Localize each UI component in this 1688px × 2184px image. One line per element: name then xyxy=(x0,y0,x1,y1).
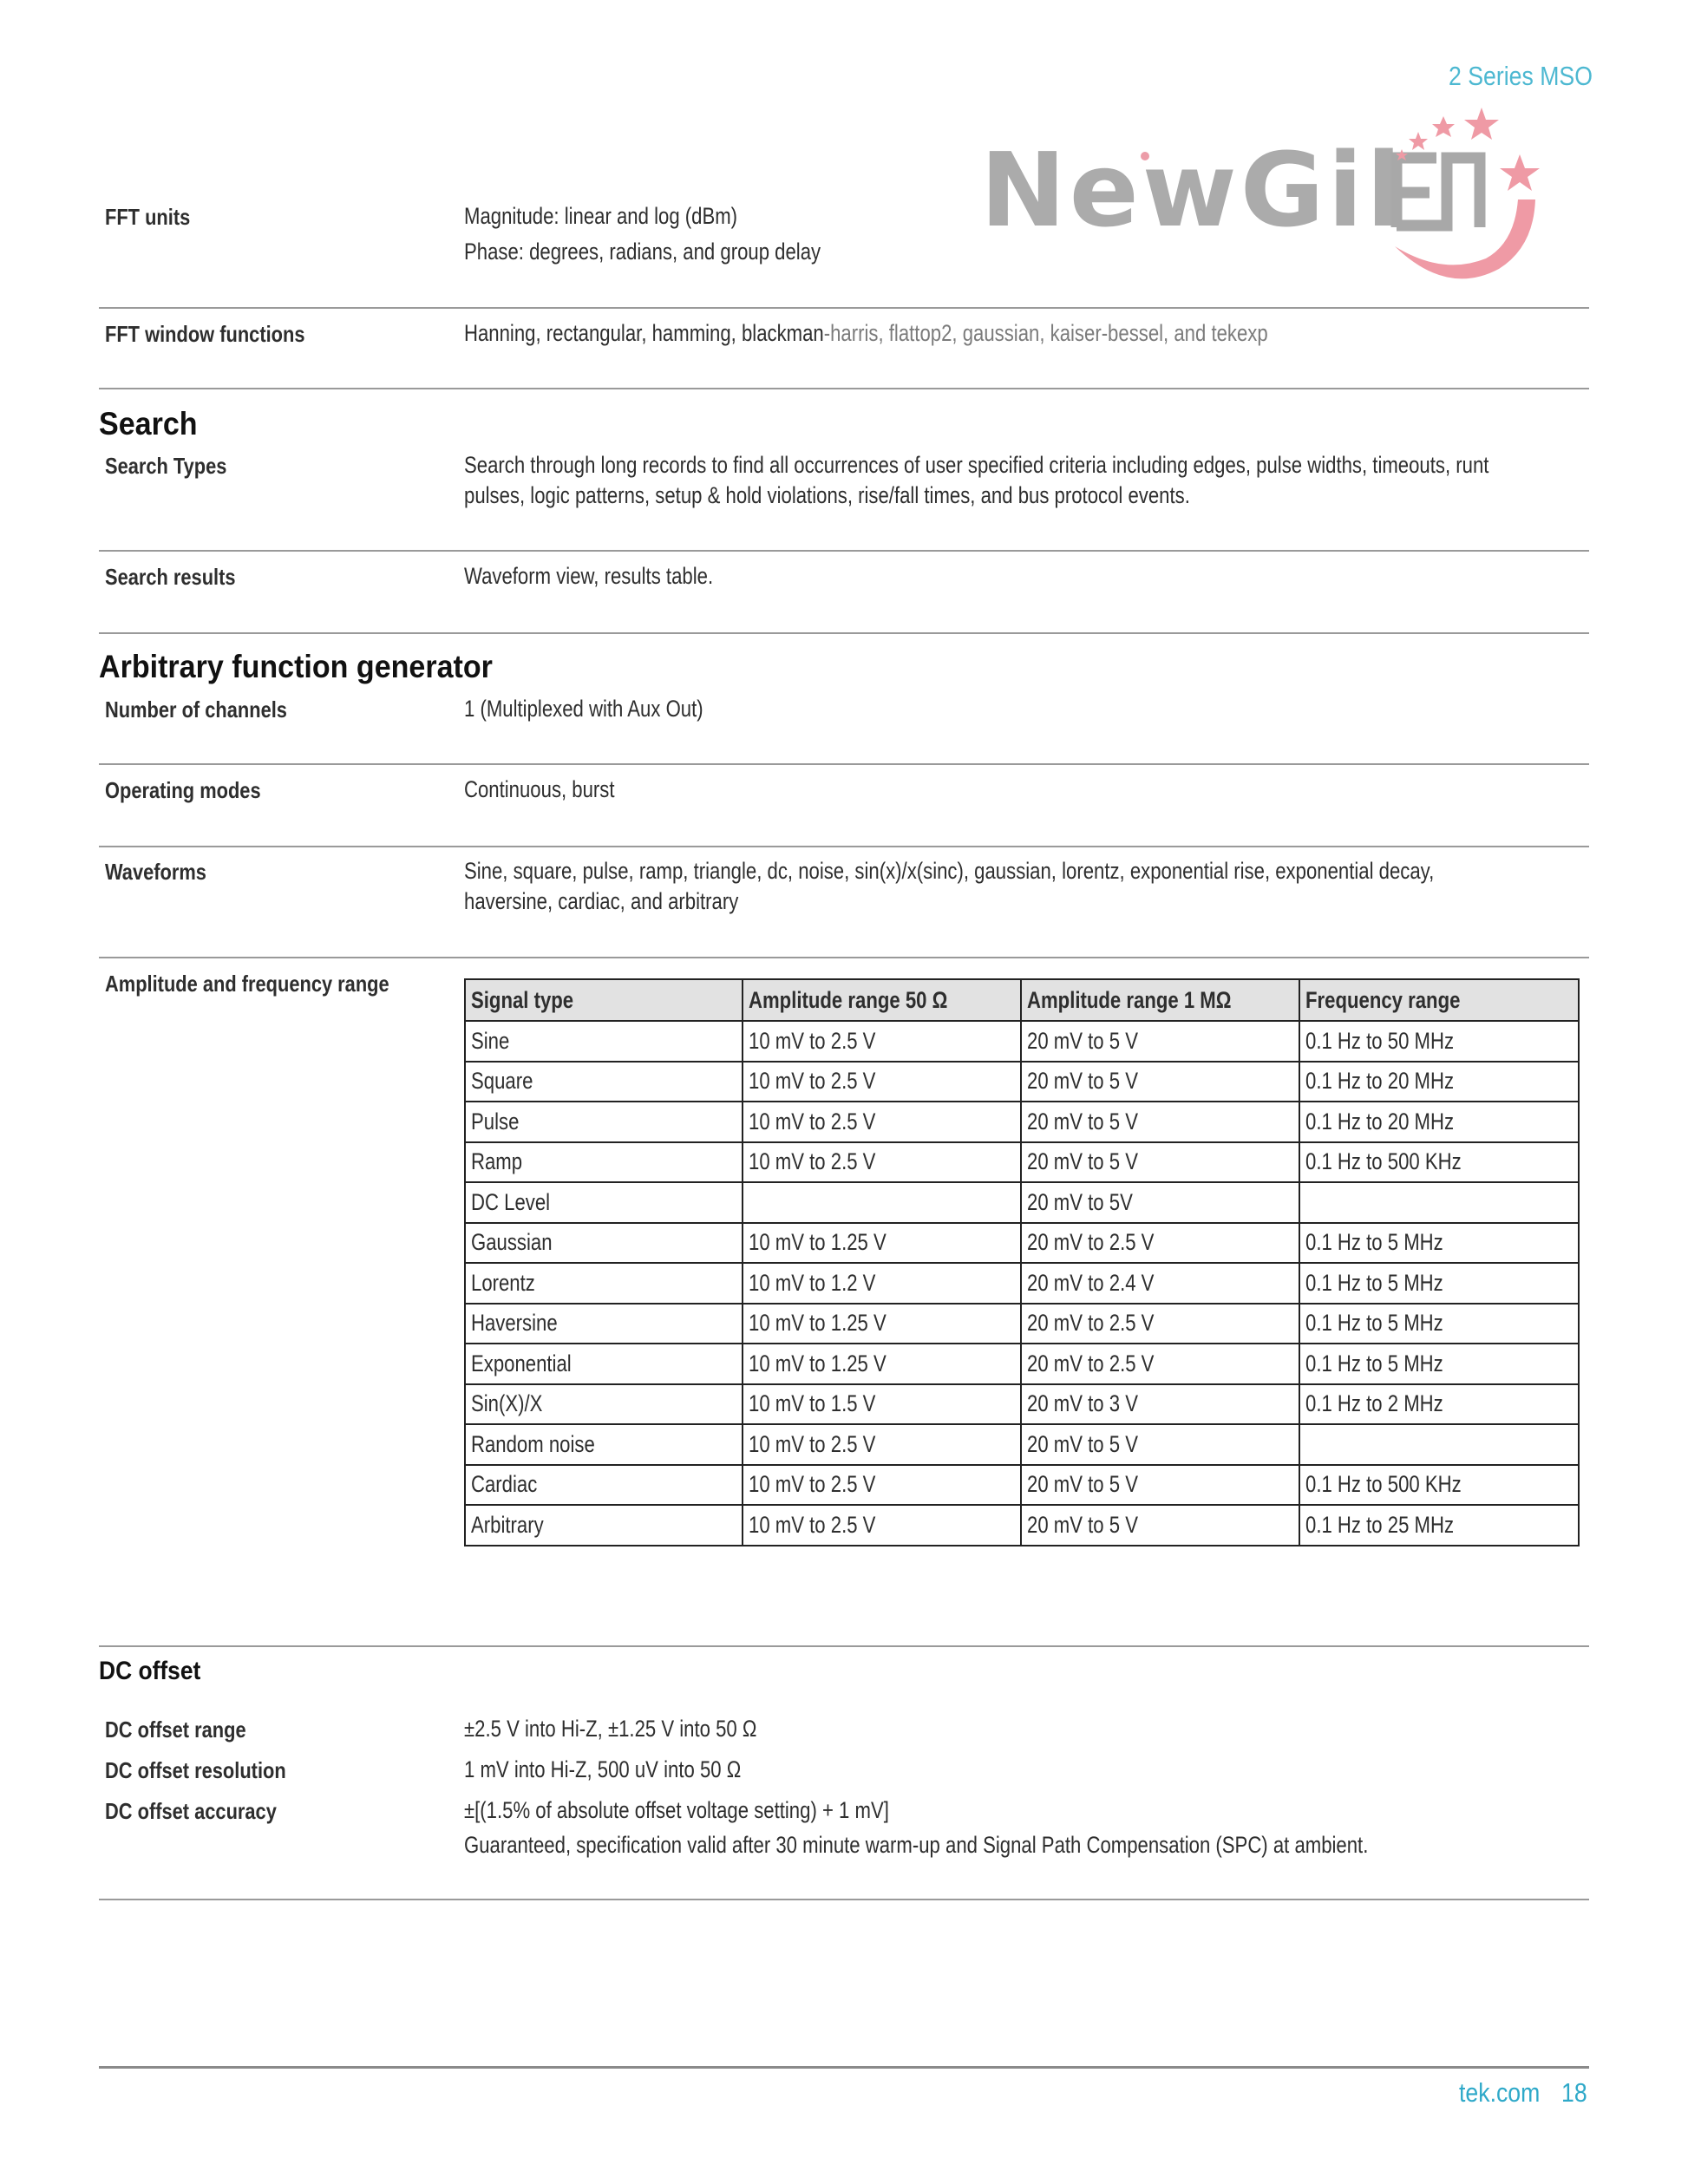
cell-text: Gaussian xyxy=(471,1229,553,1256)
cell-text: 10 mV to 1.25 V xyxy=(749,1310,887,1337)
table-cell: 20 mV to 2.5 V xyxy=(1021,1304,1299,1344)
cell-text: Exponential xyxy=(471,1350,572,1377)
table-cell: 20 mV to 5 V xyxy=(1021,1021,1299,1062)
dc-offset-accuracy-label: DC offset accuracy xyxy=(105,1798,277,1825)
table-cell: 20 mV to 5 V xyxy=(1021,1142,1299,1183)
watermark-logo-icon: NewGil xyxy=(978,95,1551,286)
table-cell: 10 mV to 2.5 V xyxy=(743,1021,1021,1062)
cell-text: Ramp xyxy=(471,1148,522,1175)
cell-text: 0.1 Hz to 2 MHz xyxy=(1305,1390,1443,1417)
column-header-label: Signal type xyxy=(471,987,573,1014)
cell-text: 10 mV to 2.5 V xyxy=(749,1471,875,1498)
section-heading-dc-offset: DC offset xyxy=(99,1657,200,1686)
footer-link[interactable]: tek.com xyxy=(1459,2077,1540,2109)
cell-text: 10 mV to 2.5 V xyxy=(749,1068,875,1095)
table-row: Random noise10 mV to 2.5 V20 mV to 5 V xyxy=(465,1424,1579,1465)
product-name: 2 Series MSO xyxy=(1449,61,1593,92)
table-row: Square10 mV to 2.5 V20 mV to 5 V0.1 Hz t… xyxy=(465,1062,1579,1102)
divider xyxy=(99,388,1589,389)
table-cell: DC Level xyxy=(465,1182,743,1223)
table-row: DC Level20 mV to 5V xyxy=(465,1182,1579,1223)
cell-text: 20 mV to 5 V xyxy=(1027,1431,1138,1458)
cell-text: Arbitrary xyxy=(471,1512,544,1539)
table-cell: 20 mV to 2.5 V xyxy=(1021,1344,1299,1384)
table-cell: 0.1 Hz to 20 MHz xyxy=(1299,1062,1579,1102)
fft-units-phase: Phase: degrees, radians, and group delay xyxy=(464,237,821,267)
cell-text: 10 mV to 1.5 V xyxy=(749,1390,875,1417)
table-cell: 20 mV to 5 V xyxy=(1021,1505,1299,1546)
divider xyxy=(99,846,1589,847)
cell-text: Sine xyxy=(471,1028,509,1055)
search-results-value: Waveform view, results table. xyxy=(464,561,713,592)
table-cell xyxy=(1299,1182,1579,1223)
table-cell: 10 mV to 1.5 V xyxy=(743,1384,1021,1425)
divider xyxy=(99,1645,1589,1647)
divider xyxy=(99,763,1589,765)
cell-text: 10 mV to 1.2 V xyxy=(749,1270,875,1297)
afg-modes-value: Continuous, burst xyxy=(464,775,615,805)
cell-text: 0.1 Hz to 5 MHz xyxy=(1305,1350,1443,1377)
table-cell xyxy=(743,1182,1021,1223)
afg-waveforms-value-line1: Sine, square, pulse, ramp, triangle, dc,… xyxy=(464,856,1434,886)
table-header-cell: Amplitude range 50 Ω xyxy=(743,979,1021,1021)
dc-offset-resolution-value: 1 mV into Hi-Z, 500 uV into 50 Ω xyxy=(464,1755,741,1785)
amplitude-frequency-table: Signal typeAmplitude range 50 ΩAmplitude… xyxy=(464,978,1580,1546)
column-header-label: Amplitude range 50 Ω xyxy=(749,987,947,1014)
cell-text: 10 mV to 1.25 V xyxy=(749,1229,887,1256)
cell-text: 20 mV to 5 V xyxy=(1027,1028,1138,1055)
cell-text: 10 mV to 2.5 V xyxy=(749,1028,875,1055)
table-cell: 0.1 Hz to 500 KHz xyxy=(1299,1142,1579,1183)
table-cell: 20 mV to 3 V xyxy=(1021,1384,1299,1425)
table-cell: 10 mV to 1.25 V xyxy=(743,1304,1021,1344)
cell-text: Sin(X)/X xyxy=(471,1390,542,1417)
table-cell: 0.1 Hz to 2 MHz xyxy=(1299,1384,1579,1425)
table-header-row: Signal typeAmplitude range 50 ΩAmplitude… xyxy=(465,979,1579,1021)
table-row: Exponential10 mV to 1.25 V20 mV to 2.5 V… xyxy=(465,1344,1579,1384)
table-cell: Square xyxy=(465,1062,743,1102)
afg-modes-label: Operating modes xyxy=(105,777,261,804)
table-cell: 0.1 Hz to 5 MHz xyxy=(1299,1304,1579,1344)
table-cell: 20 mV to 5 V xyxy=(1021,1465,1299,1506)
divider xyxy=(99,957,1589,958)
table-cell: 20 mV to 5 V xyxy=(1021,1424,1299,1465)
table-cell: 10 mV to 1.25 V xyxy=(743,1344,1021,1384)
cell-text: 20 mV to 5 V xyxy=(1027,1108,1138,1135)
cell-text: Haversine xyxy=(471,1310,558,1337)
table-cell: 0.1 Hz to 5 MHz xyxy=(1299,1263,1579,1304)
cell-text: 20 mV to 5 V xyxy=(1027,1471,1138,1498)
dc-offset-range-value: ±2.5 V into Hi-Z, ±1.25 V into 50 Ω xyxy=(464,1714,756,1744)
cell-text: 10 mV to 2.5 V xyxy=(749,1148,875,1175)
cell-text: 0.1 Hz to 20 MHz xyxy=(1305,1068,1454,1095)
search-results-label: Search results xyxy=(105,564,236,591)
fft-units-label: FFT units xyxy=(105,204,190,231)
table-row: Arbitrary10 mV to 2.5 V20 mV to 5 V0.1 H… xyxy=(465,1505,1579,1546)
cell-text: 10 mV to 2.5 V xyxy=(749,1108,875,1135)
table-cell: Sin(X)/X xyxy=(465,1384,743,1425)
cell-text: 0.1 Hz to 50 MHz xyxy=(1305,1028,1454,1055)
divider xyxy=(99,550,1589,552)
cell-text: 20 mV to 2.4 V xyxy=(1027,1270,1154,1297)
table-cell: 20 mV to 2.5 V xyxy=(1021,1223,1299,1264)
cell-text: Square xyxy=(471,1068,533,1095)
afg-channels-label: Number of channels xyxy=(105,696,287,723)
cell-text: 0.1 Hz to 500 KHz xyxy=(1305,1148,1462,1175)
table-cell: Ramp xyxy=(465,1142,743,1183)
fft-window-value-part1: Hanning, rectangular, hamming, blackman xyxy=(464,320,824,346)
cell-text: 10 mV to 2.5 V xyxy=(749,1431,875,1458)
table-cell: 0.1 Hz to 50 MHz xyxy=(1299,1021,1579,1062)
table-row: Sine10 mV to 2.5 V20 mV to 5 V0.1 Hz to … xyxy=(465,1021,1579,1062)
cell-text: 20 mV to 5 V xyxy=(1027,1512,1138,1539)
afg-waveforms-label: Waveforms xyxy=(105,859,206,886)
cell-text: 0.1 Hz to 5 MHz xyxy=(1305,1310,1443,1337)
table-cell: 10 mV to 2.5 V xyxy=(743,1465,1021,1506)
fft-window-value: Hanning, rectangular, hamming, blackman-… xyxy=(464,318,1268,349)
cell-text: 20 mV to 3 V xyxy=(1027,1390,1138,1417)
cell-text: 0.1 Hz to 20 MHz xyxy=(1305,1108,1454,1135)
table-cell: 10 mV to 2.5 V xyxy=(743,1505,1021,1546)
table-row: Sin(X)/X10 mV to 1.5 V20 mV to 3 V0.1 Hz… xyxy=(465,1384,1579,1425)
table-cell: 0.1 Hz to 20 MHz xyxy=(1299,1102,1579,1142)
divider xyxy=(99,1899,1589,1900)
fft-window-label: FFT window functions xyxy=(105,321,305,348)
search-types-value-line1: Search through long records to find all … xyxy=(464,450,1488,481)
table-row: Haversine10 mV to 1.25 V20 mV to 2.5 V0.… xyxy=(465,1304,1579,1344)
cell-text: Pulse xyxy=(471,1108,519,1135)
cell-text: Cardiac xyxy=(471,1471,537,1498)
table-row: Cardiac10 mV to 2.5 V20 mV to 5 V0.1 Hz … xyxy=(465,1465,1579,1506)
table-cell: Haversine xyxy=(465,1304,743,1344)
cell-text: 20 mV to 2.5 V xyxy=(1027,1310,1154,1337)
search-types-value-line2: pulses, logic patterns, setup & hold vio… xyxy=(464,481,1190,511)
table-cell: 20 mV to 5 V xyxy=(1021,1102,1299,1142)
afg-waveforms-value-line2: haversine, cardiac, and arbitrary xyxy=(464,886,738,917)
cell-text: 20 mV to 2.5 V xyxy=(1027,1350,1154,1377)
table-header-cell: Signal type xyxy=(465,979,743,1021)
fft-window-value-part2: -harris, flattop2, gaussian, kaiser-bess… xyxy=(824,320,1268,346)
table-cell: Lorentz xyxy=(465,1263,743,1304)
cell-text: Random noise xyxy=(471,1431,595,1458)
table-row: Lorentz10 mV to 1.2 V20 mV to 2.4 V0.1 H… xyxy=(465,1263,1579,1304)
cell-text: 0.1 Hz to 5 MHz xyxy=(1305,1270,1443,1297)
cell-text: 0.1 Hz to 5 MHz xyxy=(1305,1229,1443,1256)
table-header-cell: Amplitude range 1 MΩ xyxy=(1021,979,1299,1021)
table-cell xyxy=(1299,1424,1579,1465)
section-heading-afg: Arbitrary function generator xyxy=(99,649,493,685)
table-cell: 10 mV to 1.25 V xyxy=(743,1223,1021,1264)
cell-text: 20 mV to 5V xyxy=(1027,1189,1133,1216)
afg-range-label: Amplitude and frequency range xyxy=(105,971,389,997)
table-row: Ramp10 mV to 2.5 V20 mV to 5 V0.1 Hz to … xyxy=(465,1142,1579,1183)
svg-text:NewGil: NewGil xyxy=(980,130,1405,250)
table-row: Gaussian10 mV to 1.25 V20 mV to 2.5 V0.1… xyxy=(465,1223,1579,1264)
table-cell: Gaussian xyxy=(465,1223,743,1264)
dc-offset-accuracy-note: Guaranteed, specification valid after 30… xyxy=(464,1830,1368,1860)
table-cell: Exponential xyxy=(465,1344,743,1384)
column-header-label: Amplitude range 1 MΩ xyxy=(1027,987,1231,1014)
table-cell: 0.1 Hz to 5 MHz xyxy=(1299,1223,1579,1264)
table-cell: 10 mV to 1.2 V xyxy=(743,1263,1021,1304)
cell-text: 0.1 Hz to 25 MHz xyxy=(1305,1512,1454,1539)
table-cell: Arbitrary xyxy=(465,1505,743,1546)
table-cell: 0.1 Hz to 25 MHz xyxy=(1299,1505,1579,1546)
dc-offset-resolution-label: DC offset resolution xyxy=(105,1757,286,1784)
cell-text: DC Level xyxy=(471,1189,550,1216)
table-cell: 20 mV to 2.4 V xyxy=(1021,1263,1299,1304)
footer-divider xyxy=(99,2066,1589,2069)
cell-text: 20 mV to 5 V xyxy=(1027,1068,1138,1095)
dc-offset-range-label: DC offset range xyxy=(105,1716,246,1743)
table-header-cell: Frequency range xyxy=(1299,979,1579,1021)
table-cell: Pulse xyxy=(465,1102,743,1142)
cell-text: 0.1 Hz to 500 KHz xyxy=(1305,1471,1462,1498)
cell-text: Lorentz xyxy=(471,1270,535,1297)
divider xyxy=(99,307,1589,309)
table-cell: Cardiac xyxy=(465,1465,743,1506)
table-cell: 10 mV to 2.5 V xyxy=(743,1102,1021,1142)
section-heading-search: Search xyxy=(99,406,198,442)
table-cell: 20 mV to 5 V xyxy=(1021,1062,1299,1102)
divider xyxy=(99,632,1589,634)
table-cell: Random noise xyxy=(465,1424,743,1465)
afg-channels-value: 1 (Multiplexed with Aux Out) xyxy=(464,694,703,724)
cell-text: 20 mV to 2.5 V xyxy=(1027,1229,1154,1256)
column-header-label: Frequency range xyxy=(1305,987,1460,1014)
table-cell: 10 mV to 2.5 V xyxy=(743,1142,1021,1183)
table-cell: Sine xyxy=(465,1021,743,1062)
cell-text: 10 mV to 2.5 V xyxy=(749,1512,875,1539)
table-cell: 10 mV to 2.5 V xyxy=(743,1062,1021,1102)
page-number: 18 xyxy=(1561,2077,1587,2109)
table-row: Pulse10 mV to 2.5 V20 mV to 5 V0.1 Hz to… xyxy=(465,1102,1579,1142)
fft-units-magnitude: Magnitude: linear and log (dBm) xyxy=(464,201,737,232)
cell-text: 20 mV to 5 V xyxy=(1027,1148,1138,1175)
dc-offset-accuracy-value: ±[(1.5% of absolute offset voltage setti… xyxy=(464,1795,889,1826)
cell-text: 10 mV to 1.25 V xyxy=(749,1350,887,1377)
search-types-label: Search Types xyxy=(105,453,226,480)
table-cell: 0.1 Hz to 500 KHz xyxy=(1299,1465,1579,1506)
table-cell: 0.1 Hz to 5 MHz xyxy=(1299,1344,1579,1384)
table-cell: 20 mV to 5V xyxy=(1021,1182,1299,1223)
table-cell: 10 mV to 2.5 V xyxy=(743,1424,1021,1465)
